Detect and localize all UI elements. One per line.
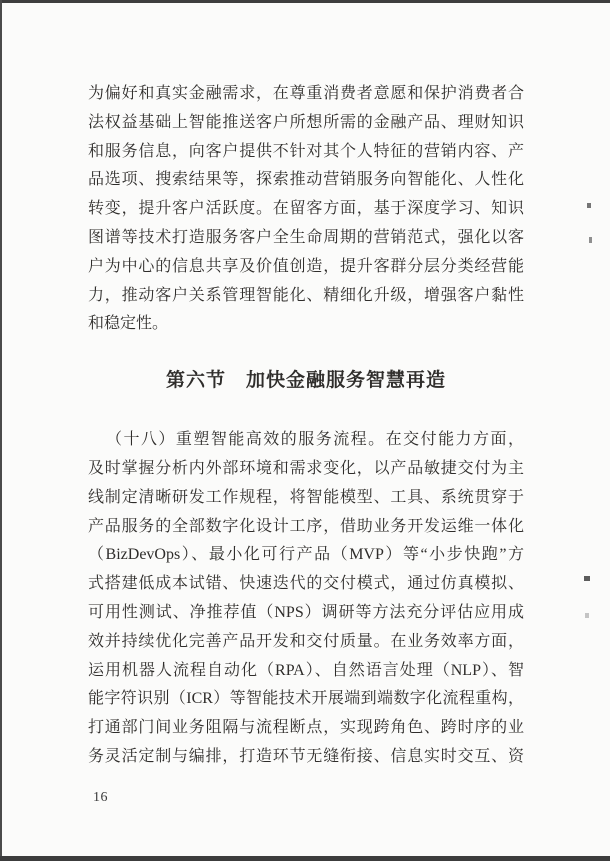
text-line: 效并持续优化完善产品开发和交付质量。在业务效率方面， — [88, 628, 524, 657]
section-heading: 第六节 加快金融服务智慧再造 — [88, 366, 524, 396]
text-line: 品选项、搜索结果等，探索推动营销服务向智能化、人性化 — [88, 166, 524, 195]
text-line: 产品服务的全部数字化设计工序，借助业务开发运维一体化 — [88, 513, 524, 542]
scan-edge-left — [0, 0, 2, 861]
text-line: 户为中心的信息共享及价值创造，提升客群分层分类经营能 — [88, 253, 524, 282]
text-line: 转变，提升客户活跃度。在留客方面，基于深度学习、知识 — [88, 195, 524, 224]
scan-edge-bottom — [0, 856, 610, 861]
text-line: 式搭建低成本试错、快速迭代的交付模式，通过仿真模拟、 — [88, 570, 524, 599]
text-line: 务灵活定制与编排，打造环节无缝衔接、信息实时交互、资 — [88, 743, 524, 772]
scan-speck — [589, 237, 592, 243]
text-line: （十八）重塑智能高效的服务流程。在交付能力方面， — [88, 426, 524, 455]
paragraph-continuation: 为偏好和真实金融需求，在尊重消费者意愿和保护消费者合 法权益基础上智能推送客户所… — [88, 80, 524, 339]
document-body: 为偏好和真实金融需求，在尊重消费者意愿和保护消费者合 法权益基础上智能推送客户所… — [88, 80, 524, 772]
scanned-document-page: 为偏好和真实金融需求，在尊重消费者意愿和保护消费者合 法权益基础上智能推送客户所… — [0, 0, 610, 861]
paragraph-18: （十八）重塑智能高效的服务流程。在交付能力方面， 及时掌握分析内外部环境和需求变… — [88, 426, 524, 772]
text-line: 线制定清晰研发工作规程，将智能模型、工具、系统贯穿于 — [88, 484, 524, 513]
text-line: （BizDevOps）、最小化可行产品（MVP）等“小步快跑”方 — [88, 541, 524, 570]
text-line: 运用机器人流程自动化（RPA）、自然语言处理（NLP）、智 — [88, 657, 524, 686]
text-line: 打通部门间业务阻隔与流程断点，实现跨角色、跨时序的业 — [88, 714, 524, 743]
text-line: 能字符识别（ICR）等智能技术开展端到端数字化流程重构， — [88, 685, 524, 714]
text-line: 可用性测试、净推荐值（NPS）调研等方法充分评估应用成 — [88, 599, 524, 628]
text-line: 图谱等技术打造服务客户全生命周期的营销范式，强化以客 — [88, 224, 524, 253]
scan-speck — [587, 203, 591, 208]
text-line: 及时掌握分析内外部环境和需求变化，以产品敏捷交付为主 — [88, 455, 524, 484]
text-line: 为偏好和真实金融需求，在尊重消费者意愿和保护消费者合 — [88, 80, 524, 109]
text-line: 力，推动客户关系管理智能化、精细化升级，增强客户黏性 — [88, 282, 524, 311]
text-line: 法权益基础上智能推送客户所想所需的金融产品、理财知识 — [88, 109, 524, 138]
text-line: 和服务信息，向客户提供不针对其个人特征的营销内容、产 — [88, 138, 524, 167]
scan-speck — [584, 576, 590, 581]
scan-edge-top — [0, 0, 610, 3]
scan-speck — [585, 613, 589, 618]
page-number: 16 — [93, 790, 108, 806]
text-line: 和稳定性。 — [88, 310, 524, 339]
